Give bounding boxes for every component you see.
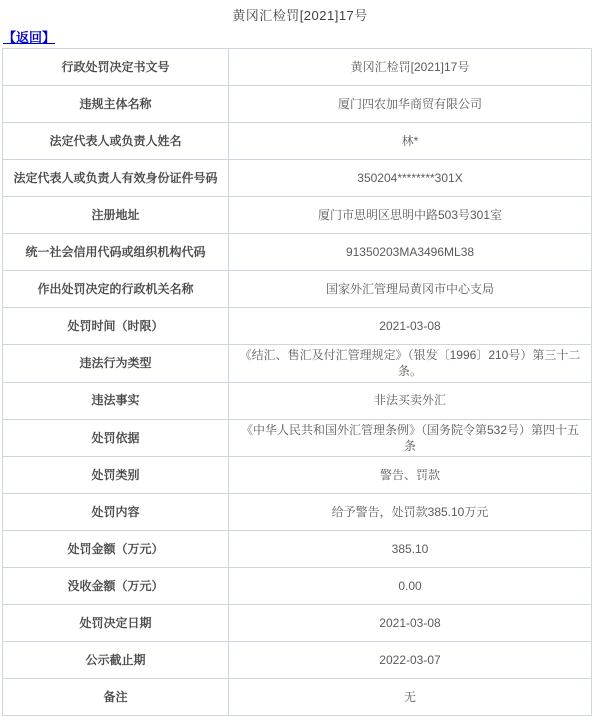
row-label: 处罚决定日期 (3, 605, 229, 641)
row-value: 2021-03-08 (229, 605, 591, 641)
table-row: 法定代表人或负责人姓名林* (3, 123, 591, 160)
row-value: 0.00 (229, 568, 591, 604)
table-row: 违法行为类型《结汇、售汇及付汇管理规定》（银发〔1996〕210号）第三十二条。 (3, 345, 591, 382)
table-row: 作出处罚决定的行政机关名称国家外汇管理局黄冈市中心支局 (3, 271, 591, 308)
row-value: 385.10 (229, 531, 591, 567)
table-row: 注册地址厦门市思明区思明中路503号301室 (3, 197, 591, 234)
row-value: 厦门四农加华商贸有限公司 (229, 86, 591, 122)
row-value: 无 (229, 679, 591, 715)
row-label: 处罚金额（万元） (3, 531, 229, 567)
table-row: 统一社会信用代码或组织机构代码91350203MA3496ML38 (3, 234, 591, 271)
row-value: 《结汇、售汇及付汇管理规定》（银发〔1996〕210号）第三十二条。 (229, 345, 591, 381)
row-label: 作出处罚决定的行政机关名称 (3, 271, 229, 307)
table-row: 违法事实非法买卖外汇 (3, 383, 591, 420)
row-label: 备注 (3, 679, 229, 715)
table-row: 法定代表人或负责人有效身份证件号码350204********301X (3, 160, 591, 197)
row-label: 没收金额（万元） (3, 568, 229, 604)
row-value: 给予警告，处罚款385.10万元 (229, 494, 591, 530)
back-link[interactable]: 【返回】 (3, 30, 55, 45)
row-label: 行政处罚决定书文号 (3, 49, 229, 85)
table-row: 违规主体名称厦门四农加华商贸有限公司 (3, 86, 591, 123)
row-label: 违法行为类型 (3, 345, 229, 381)
table-row: 没收金额（万元）0.00 (3, 568, 591, 605)
row-value: 厦门市思明区思明中路503号301室 (229, 197, 591, 233)
row-value: 国家外汇管理局黄冈市中心支局 (229, 271, 591, 307)
page-title: 黄冈汇检罚[2021]17号 (0, 0, 600, 22)
row-value: 2021-03-08 (229, 308, 591, 344)
table-row: 处罚依据《中华人民共和国外汇管理条例》（国务院令第532号）第四十五条 (3, 420, 591, 457)
row-label: 统一社会信用代码或组织机构代码 (3, 234, 229, 270)
row-value: 林* (229, 123, 591, 159)
row-label: 处罚依据 (3, 420, 229, 456)
row-label: 违法事实 (3, 383, 229, 419)
table-row: 备注无 (3, 679, 591, 715)
row-value: 非法买卖外汇 (229, 383, 591, 419)
table-row: 处罚内容给予警告，处罚款385.10万元 (3, 494, 591, 531)
row-value: 350204********301X (229, 160, 591, 196)
row-label: 违规主体名称 (3, 86, 229, 122)
row-label: 法定代表人或负责人姓名 (3, 123, 229, 159)
row-label: 注册地址 (3, 197, 229, 233)
table-row: 行政处罚决定书文号黄冈汇检罚[2021]17号 (3, 49, 591, 86)
row-value: 警告、罚款 (229, 457, 591, 493)
row-value: 黄冈汇检罚[2021]17号 (229, 49, 591, 85)
table-row: 处罚时间（时限）2021-03-08 (3, 308, 591, 345)
back-bar: 【返回】 (0, 22, 600, 48)
row-label: 公示截止期 (3, 642, 229, 678)
row-value: 91350203MA3496ML38 (229, 234, 591, 270)
table-row: 处罚决定日期2021-03-08 (3, 605, 591, 642)
table-row: 处罚金额（万元）385.10 (3, 531, 591, 568)
table-row: 公示截止期2022-03-07 (3, 642, 591, 679)
row-label: 处罚内容 (3, 494, 229, 530)
table-row: 处罚类别警告、罚款 (3, 457, 591, 494)
row-value: 2022-03-07 (229, 642, 591, 678)
penalty-detail-table: 行政处罚决定书文号黄冈汇检罚[2021]17号违规主体名称厦门四农加华商贸有限公… (2, 48, 592, 716)
row-label: 处罚时间（时限） (3, 308, 229, 344)
row-label: 法定代表人或负责人有效身份证件号码 (3, 160, 229, 196)
row-label: 处罚类别 (3, 457, 229, 493)
row-value: 《中华人民共和国外汇管理条例》（国务院令第532号）第四十五条 (229, 420, 591, 456)
